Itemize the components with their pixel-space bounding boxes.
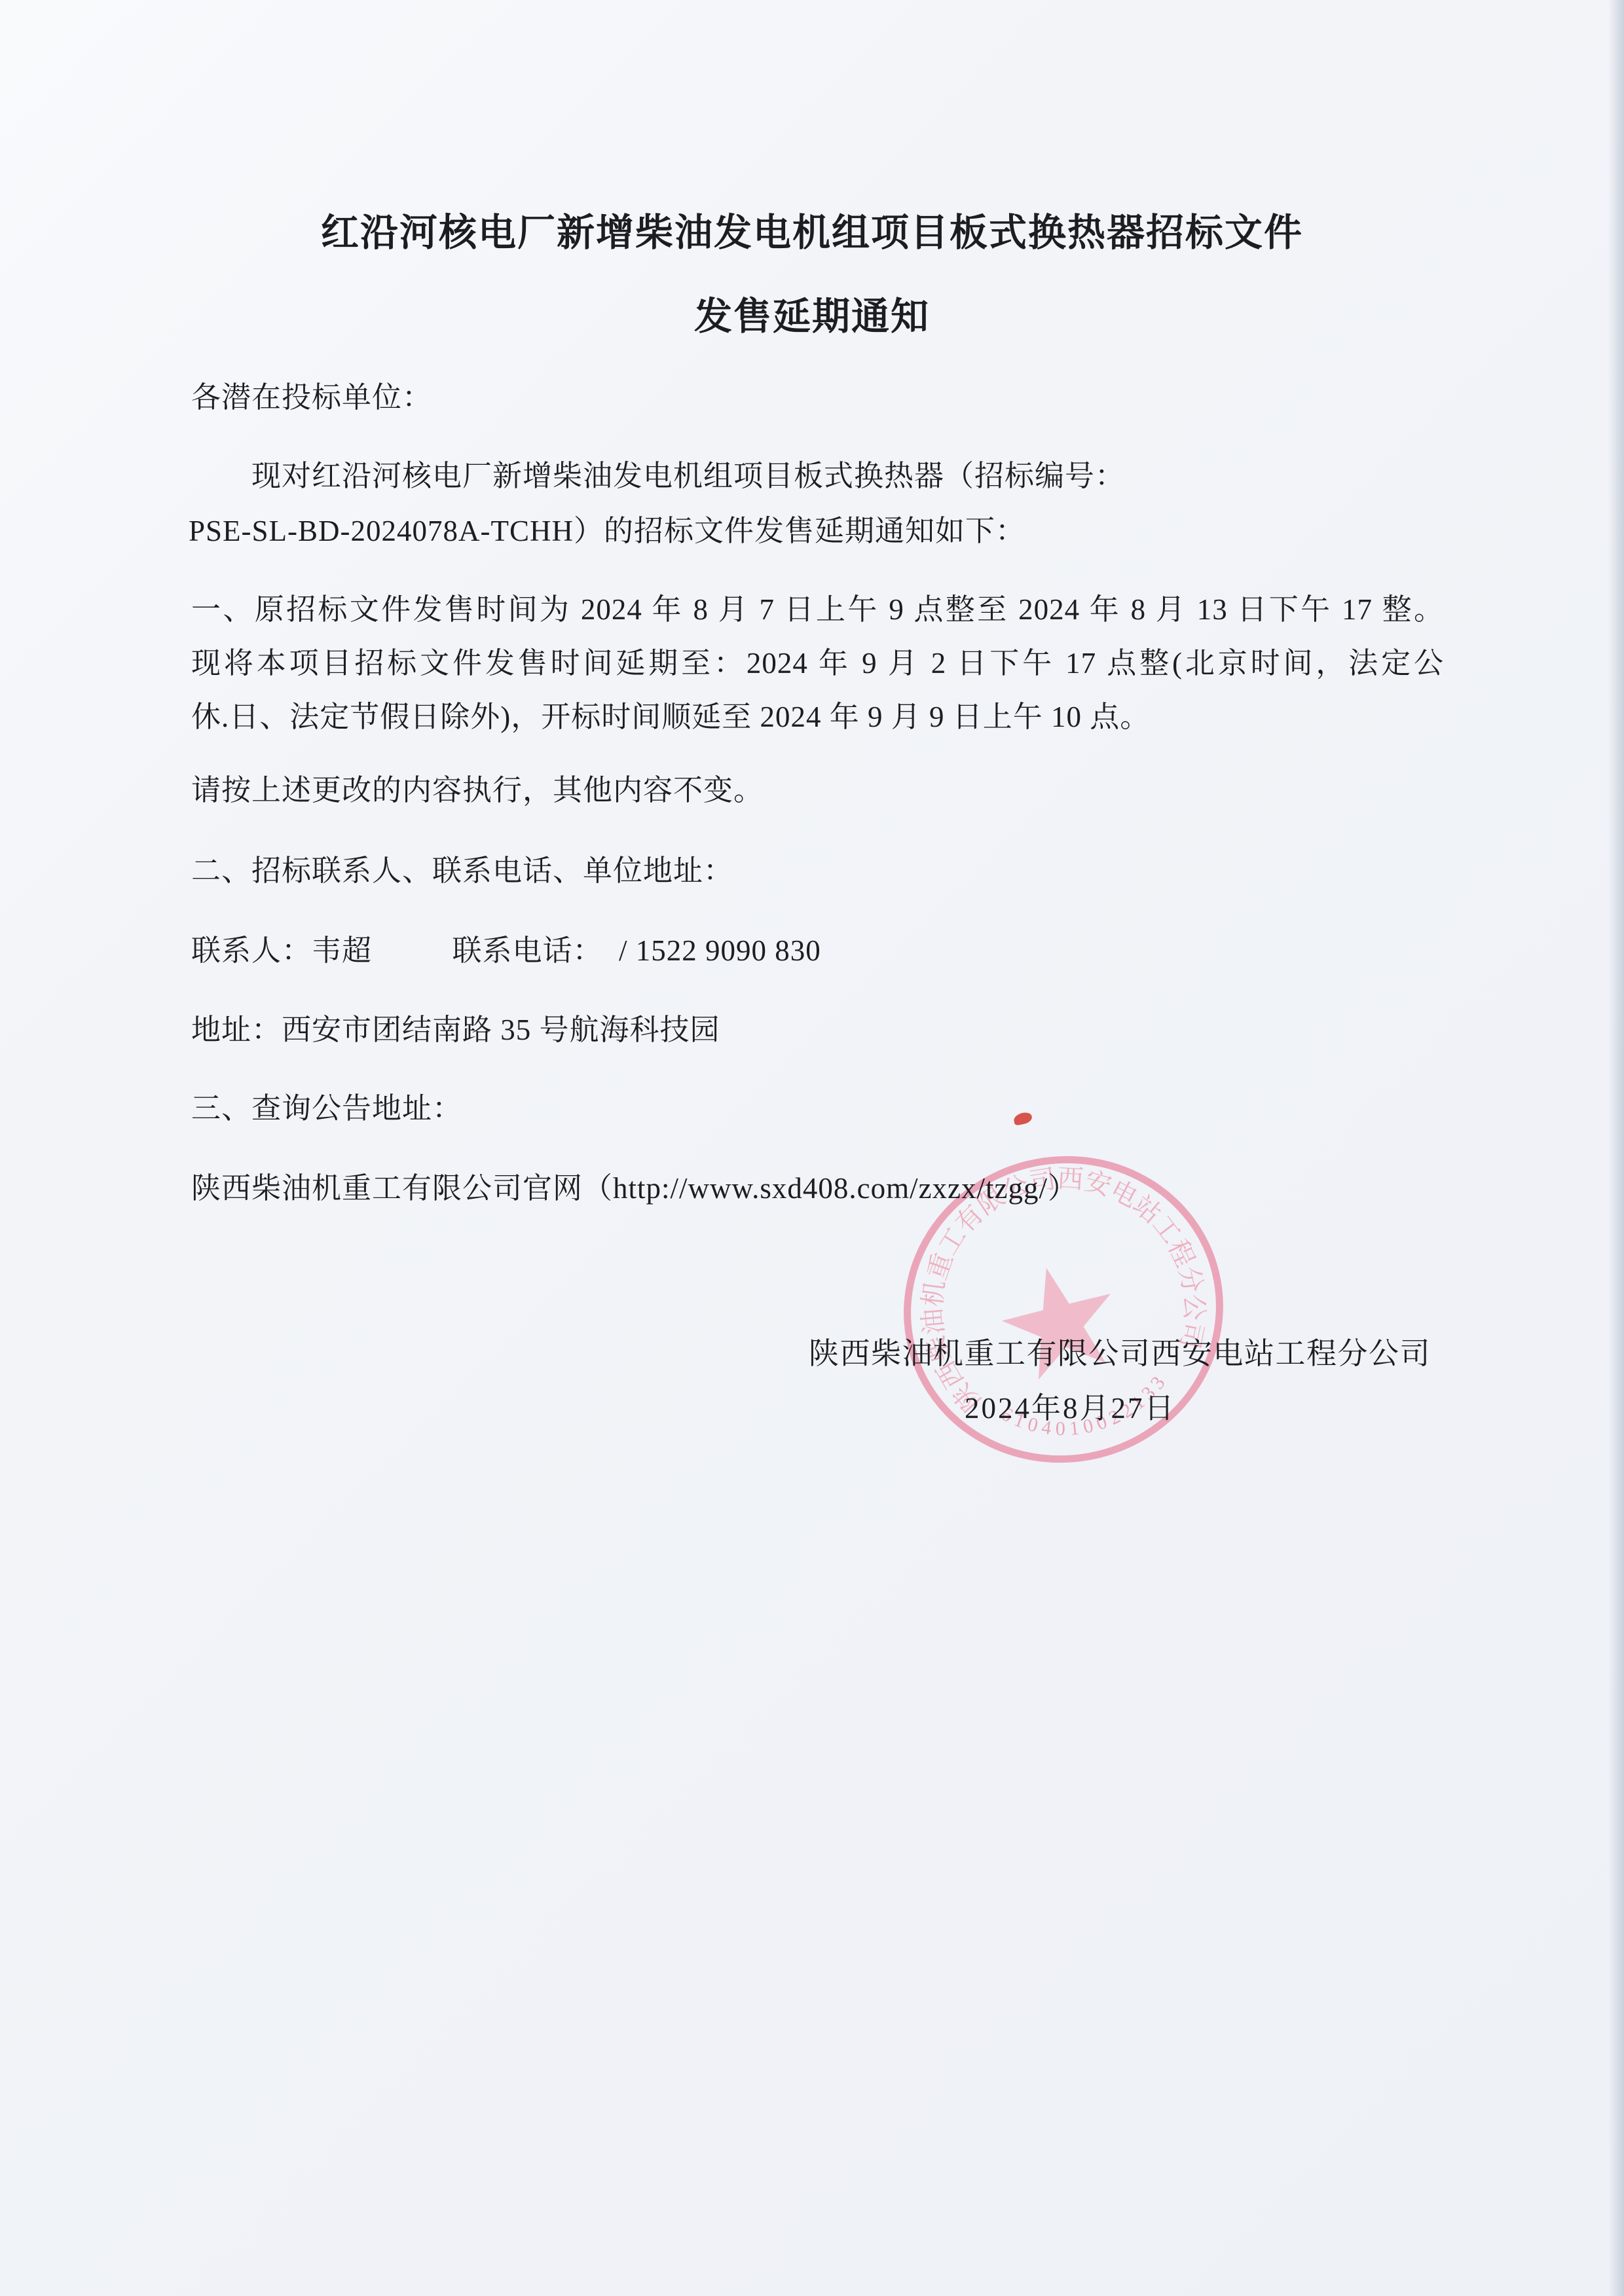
notice-line: 请按上述更改的内容执行，其他内容不变。: [191, 774, 764, 808]
section1-line-1: 一、原招标文件发售时间为 2024 年 8 月 7 日上午 9 点整至 2024…: [191, 593, 1444, 627]
section1-line-3: 休.日、法定节假日除外)，开标时间顺延至 2024 年 9 月 9 日上午 10…: [191, 701, 1150, 735]
scanned-notice-page: 陕西柴油机重工有限公司西安电站工程分公司 6104010022133 红沿河核电…: [0, 0, 1624, 2296]
section3-heading: 三、查询公告地址：: [191, 1092, 462, 1126]
section1-line-2: 现将本项目招标文件发售时间延期至：2024 年 9 月 2 日下午 17 点整(…: [191, 647, 1444, 681]
address-line: 地址：西安市团结南路 35 号航海科技园: [191, 1013, 720, 1048]
signature-company: 陕西柴油机重工有限公司西安电站工程分公司: [809, 1337, 1431, 1372]
scan-edge-shadow: [1608, 0, 1624, 2296]
section2-heading: 二、招标联系人、联系电话、单位地址：: [191, 854, 733, 888]
red-ink-mark: [1013, 1111, 1033, 1125]
intro-line-2: PSE-SL-BD-2024078A-TCHH）的招标文件发售延期通知如下：: [189, 515, 1025, 549]
document-title-line-2: 发售延期通知: [0, 285, 1624, 340]
greeting-line: 各潜在投标单位：: [191, 381, 432, 415]
document-title-line-1: 红沿河核电厂新增柴油发电机组项目板式换热器招标文件: [0, 202, 1624, 257]
intro-line-1: 现对红沿河核电厂新增柴油发电机组项目板式换热器（招标编号：: [191, 460, 1125, 494]
signature-date: 2024年8月27日: [965, 1392, 1176, 1426]
contact-line: 联系人：韦超 联系电话： / 1522 9090 830: [191, 934, 821, 968]
website-line: 陕西柴油机重工有限公司官网（http://www.sxd408.com/zxzx…: [191, 1172, 1078, 1206]
